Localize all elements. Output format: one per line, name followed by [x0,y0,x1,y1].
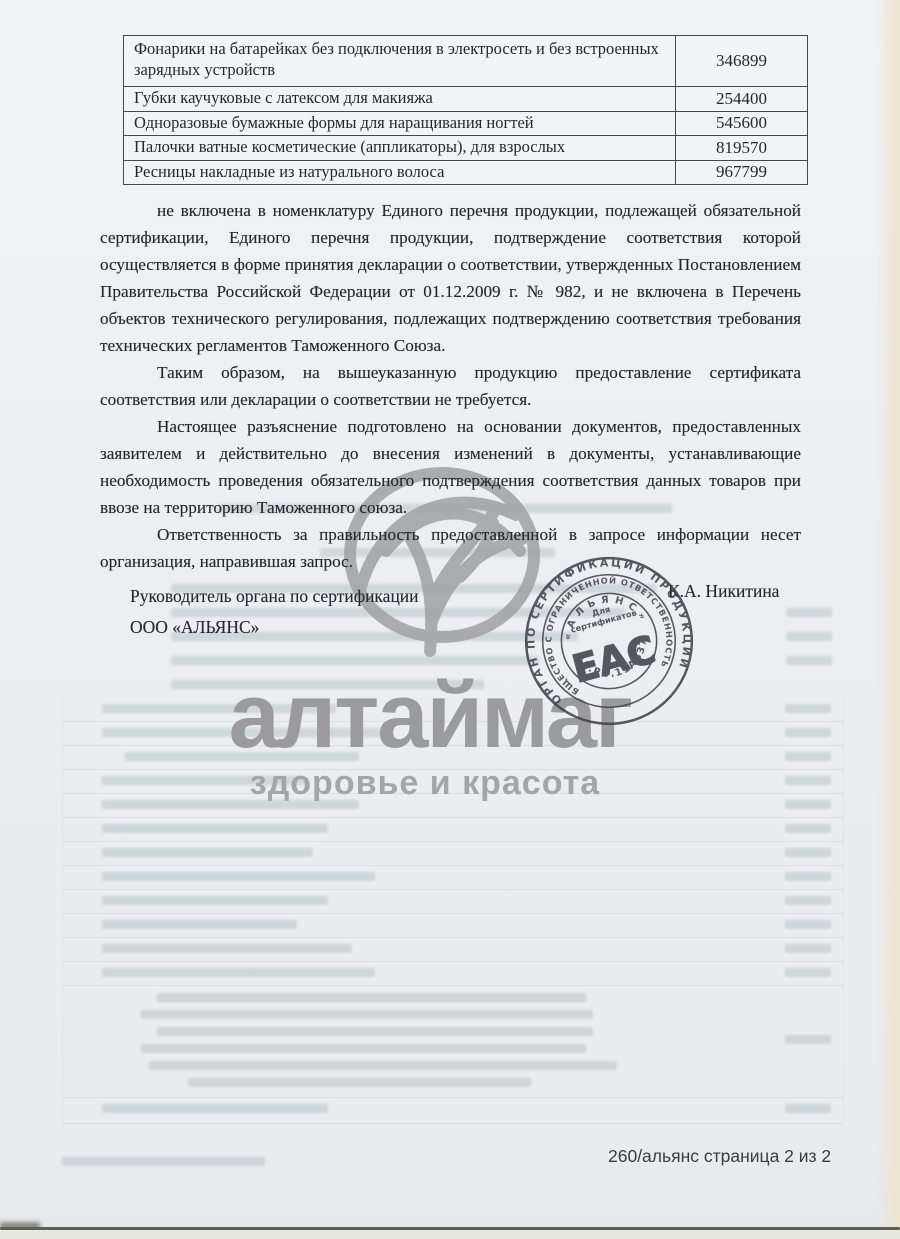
product-code-table: Фонарики на батарейках без подключения в… [123,35,808,185]
eac-mark: ЕАС [568,627,661,692]
page-footer: 260/альянс страница 2 из 2 [608,1146,831,1167]
product-name-cell: Губки каучуковые с латексом для макияжа [124,87,676,111]
paragraph: не включена в номенклатуру Единого переч… [100,197,801,359]
paragraph: Настоящее разъяснение подготовлено на ос… [100,413,801,521]
scan-edge-strip [876,0,900,1232]
product-code-cell: 545600 [676,112,807,136]
product-name-cell: Ресницы накладные из натурального волоса [124,161,676,185]
bleedthrough-row [62,841,844,866]
product-code-cell: 967799 [676,161,807,185]
bleedthrough-row [62,889,844,914]
bleedthrough-row [62,697,844,722]
letter-body: не включена в номенклатуру Единого переч… [100,197,801,575]
bleedthrough-row [62,961,844,986]
table-row: Палочки ватные косметические (аппликатор… [124,135,807,160]
bleedthrough-row [62,793,844,818]
signer-role: Руководитель органа по сертификации [130,581,419,612]
product-code-cell: 819570 [676,136,807,160]
bleedthrough-row [62,769,844,794]
bleedthrough-row [62,673,844,697]
table-row: Ресницы накладные из натурального волоса… [124,160,807,185]
bleedthrough-row [62,745,844,770]
table-row: Фонарики на батарейках без подключения в… [124,36,807,86]
product-code-cell: 346899 [676,36,807,86]
bleedthrough-row [62,913,844,938]
paragraph: Ответственность за правильность предоста… [100,521,801,575]
signer-org: ООО «АЛЬЯНС» [130,612,419,643]
table-row: Губки каучуковые с латексом для макияжа … [124,86,807,111]
bleedthrough-row [62,937,844,962]
bleedthrough-row [62,865,844,890]
scanned-document-page: алтаймаг здоровье и красота Фонарики на … [0,0,900,1239]
signature-block: Руководитель органа по сертификации ООО … [130,581,419,643]
paragraph: Таким образом, на вышеуказанную продукци… [100,359,801,413]
product-name-cell: Одноразовые бумажные формы для наращиван… [124,112,676,136]
product-name-cell: Палочки ватные косметические (аппликатор… [124,136,676,160]
product-name-cell: Фонарики на батарейках без подключения в… [124,36,676,86]
bleedthrough-row [62,649,844,673]
table-row: Одноразовые бумажные формы для наращиван… [124,111,807,136]
bleedthrough-row [62,1097,844,1124]
bleedthrough-row [62,817,844,842]
bleedthrough-block [62,985,844,1098]
bleedthrough-row [62,721,844,746]
product-code-cell: 254400 [676,87,807,111]
